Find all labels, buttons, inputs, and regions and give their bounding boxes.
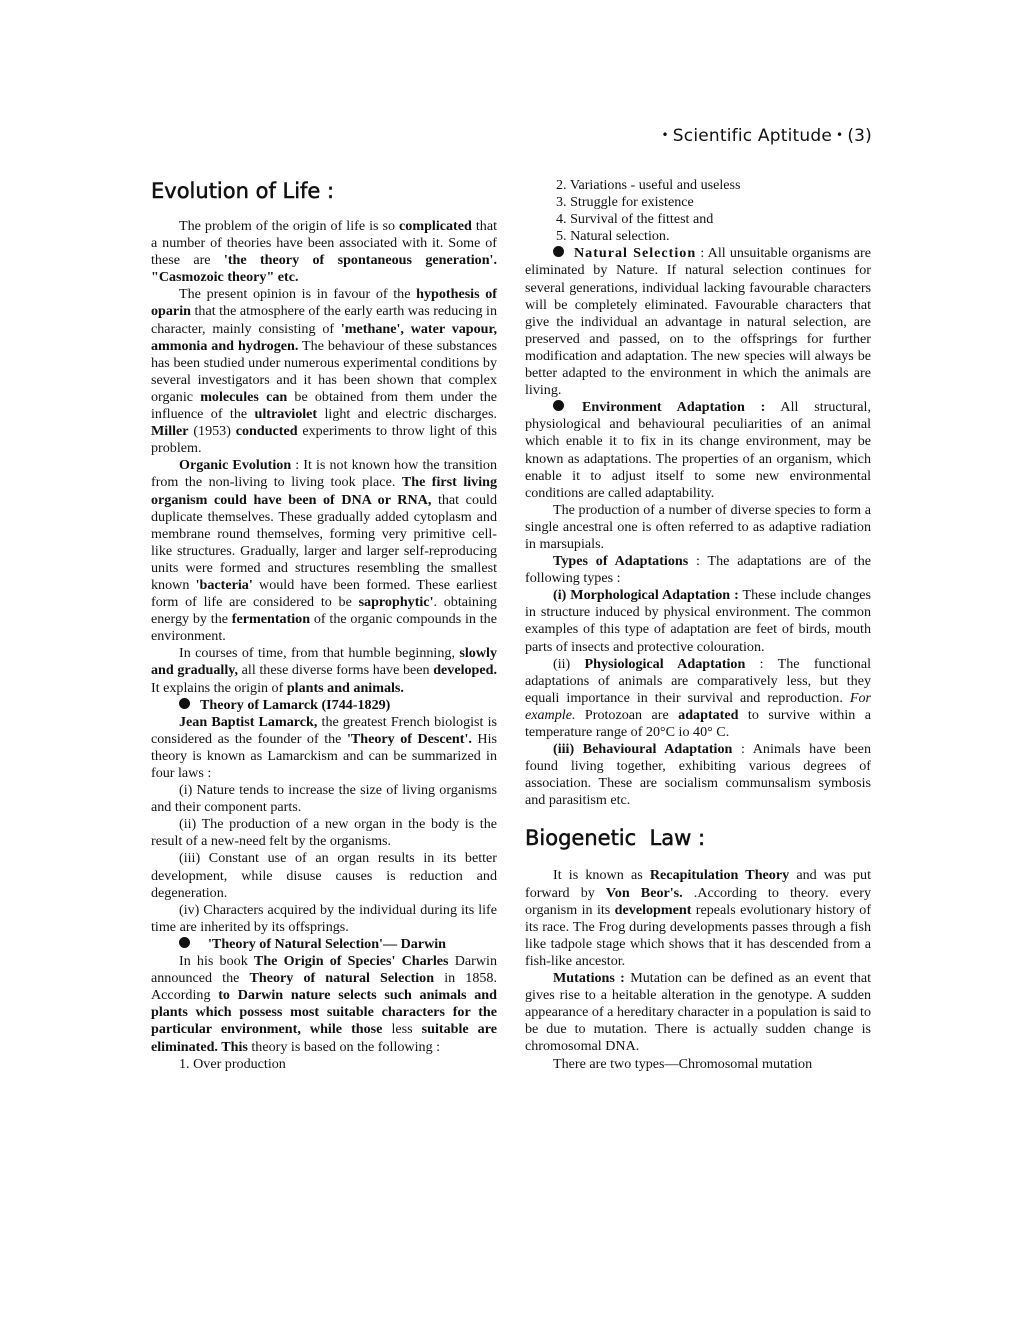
text: It explains the origin of	[151, 680, 287, 696]
text-bold: 'Theory of Natural Selection'— Darwin	[208, 936, 446, 952]
text: In courses of time, from that humble beg…	[179, 645, 459, 661]
text-bold: (i) Morphological Adaptation :	[553, 587, 739, 603]
text-bold: molecules can	[200, 389, 287, 405]
text-bold: Miller	[151, 423, 189, 439]
bullet-icon	[179, 937, 190, 948]
paragraph-organic-evolution: Organic Evolution : It is not known how …	[151, 457, 497, 645]
text-bold: Environment Adaptation :	[582, 399, 765, 415]
heading-darwin: 'Theory of Natural Selection'— Darwin	[151, 936, 497, 953]
text-bold: ultraviolet	[255, 406, 318, 422]
darwin-list-item-2: 2. Variations - useful and useless	[525, 177, 871, 194]
text-bold: Theory of Lamarck (I744-1829)	[200, 697, 390, 713]
paragraph-morphological: (i) Morphological Adaptation : These inc…	[525, 587, 871, 655]
text-bold: developed.	[433, 662, 497, 678]
text-bold: Mutations :	[553, 970, 625, 986]
paragraph-darwin: In his book The Origin of Species' Charl…	[151, 953, 497, 1056]
text-bold: (iii) Behavioural Adaptation	[553, 741, 732, 757]
text-bold: Natural Selection	[574, 245, 696, 261]
paragraph-humble-beginning: In courses of time, from that humble beg…	[151, 645, 497, 696]
lamarck-law-2: (ii) The production of a new organ in th…	[151, 816, 497, 850]
text-bold: 'bacteria'	[196, 577, 253, 593]
text-bold: Jean Baptist Lamarck,	[179, 714, 317, 730]
text-bold: Organic Evolution	[179, 457, 291, 473]
heading-lamarck: Theory of Lamarck (I744-1829)	[151, 697, 497, 714]
text-bold: adaptated	[678, 707, 738, 723]
paragraph-physiological: (ii) Physiological Adaptation : The func…	[525, 656, 871, 741]
text-bold: The Origin of Species' Charles	[254, 953, 449, 969]
darwin-list-item-4: 4. Survival of the fittest and	[525, 211, 871, 228]
bullet-icon	[179, 698, 190, 709]
text: (ii)	[553, 656, 585, 672]
darwin-list-item-3: 3. Struggle for existence	[525, 194, 871, 211]
running-title: Scientific Aptitude	[673, 126, 832, 146]
text: Protozoan are	[575, 707, 678, 723]
text: The present opinion is in favour of the	[179, 286, 416, 302]
paragraph-recapitulation: It is known as Recapitulation Theory and…	[525, 867, 871, 970]
paragraph-types-of-adaptations: Types of Adaptations : The adaptations a…	[525, 553, 871, 587]
text-bold: Von Beor's.	[606, 885, 683, 901]
text-bold: 'Theory of Descent'.	[347, 731, 472, 747]
text: (1953)	[189, 423, 236, 439]
text: theory is based on the following :	[248, 1039, 440, 1055]
paragraph-environment-adaptation: Environment Adaptation : All structural,…	[525, 399, 871, 502]
paragraph-mutations: Mutations : Mutation can be defined as a…	[525, 970, 871, 1055]
bullet-icon: •	[836, 128, 843, 142]
text: It is known as	[553, 867, 650, 883]
text-bold: complicated	[399, 218, 472, 234]
text: less	[382, 1021, 421, 1037]
paragraph-origin: The problem of the origin of life is so …	[151, 218, 497, 286]
paragraph-oparin: The present opinion is in favour of the …	[151, 286, 497, 457]
text: light and electric discharges.	[317, 406, 497, 422]
text-bold: development	[615, 902, 692, 918]
lamarck-law-4: (iv) Characters acquired by the individu…	[151, 902, 497, 936]
paragraph-natural-selection: Natural Selection : All unsuitable organ…	[525, 245, 871, 399]
bullet-icon	[553, 246, 564, 257]
right-column: 2. Variations - useful and useless 3. St…	[525, 177, 871, 1073]
text-bold: Physiological Adaptation	[585, 656, 746, 672]
text: The problem of the origin of life is so	[179, 218, 399, 234]
paragraph-lamarck: Jean Baptist Lamarck, the greatest Frenc…	[151, 714, 497, 782]
text-bold: conducted	[236, 423, 298, 439]
page-number: (3)	[847, 126, 872, 146]
text-bold: plants and animals.	[287, 680, 404, 696]
running-header: •Scientific Aptitude•(3)	[658, 126, 873, 146]
text-bold: Types of Adaptations	[553, 553, 688, 569]
paragraph-adaptive-radiation: The production of a number of diverse sp…	[525, 502, 871, 553]
darwin-list-continued: 2. Variations - useful and useless 3. St…	[525, 177, 871, 245]
text: In his book	[179, 953, 254, 969]
text-bold: saprophytic'	[359, 594, 434, 610]
bullet-icon: •	[662, 128, 669, 142]
darwin-list-item-5: 5. Natural selection.	[525, 228, 871, 245]
text-bold: Recapitulation Theory	[650, 867, 789, 883]
section-title-biogenetic-law: Biogenetic Law :	[525, 825, 871, 851]
text: : All unsuitable organisms are eliminate…	[525, 245, 871, 398]
left-column: Evolution of Life : The problem of the o…	[151, 178, 497, 1073]
text: all these diverse forms have been	[238, 662, 433, 678]
text-bold: Theory of natural Selection	[250, 970, 435, 986]
lamarck-law-3: (iii) Constant use of an organ results i…	[151, 850, 497, 901]
section-title-evolution: Evolution of Life :	[151, 178, 497, 204]
paragraph-mutation-types: There are two types—Chromosomal mutation	[525, 1056, 871, 1073]
darwin-list-item-1: 1. Over production	[151, 1056, 497, 1073]
text-bold: fermentation	[232, 611, 310, 627]
document-page: •Scientific Aptitude•(3) Evolution of Li…	[0, 0, 1020, 1320]
bullet-icon	[553, 400, 564, 411]
paragraph-behavioural: (iii) Behavioural Adaptation : Animals h…	[525, 741, 871, 809]
lamarck-law-1: (i) Nature tends to increase the size of…	[151, 782, 497, 816]
